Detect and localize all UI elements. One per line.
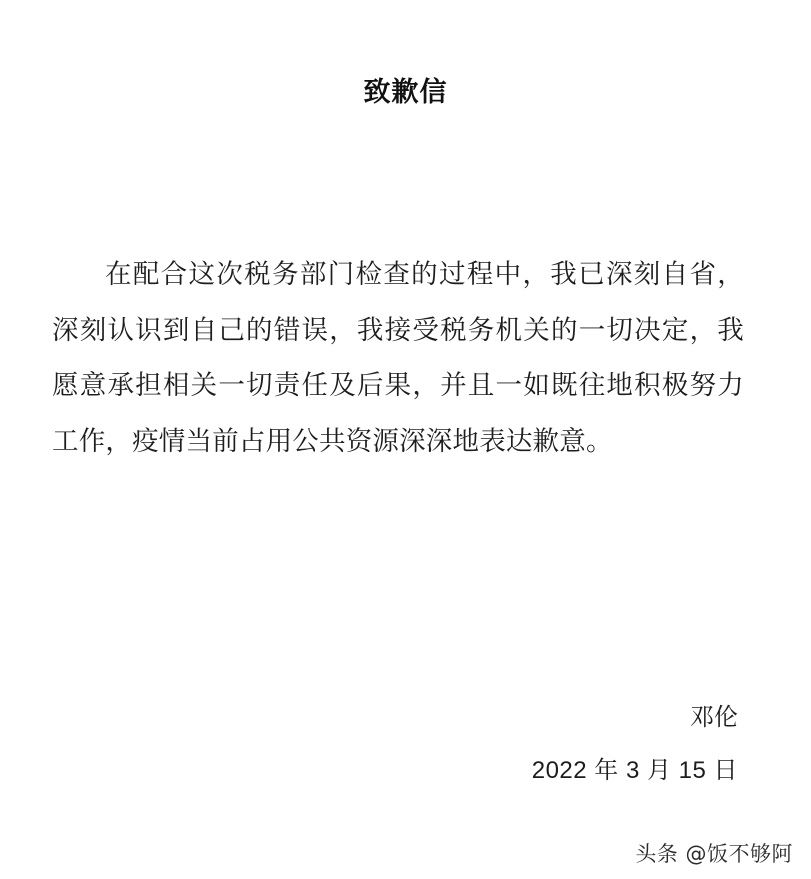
signature-name: 邓伦 (690, 697, 738, 732)
source-watermark: 头条 @饭不够阿 (635, 838, 793, 868)
letter-body-paragraph: 在配合这次税务部门检查的过程中，我已深刻自省，深刻认识到自己的错误，我接受税务机… (52, 247, 744, 469)
letter-title: 致歉信 (0, 70, 811, 109)
signature-date: 2022 年 3 月 15 日 (532, 750, 738, 785)
